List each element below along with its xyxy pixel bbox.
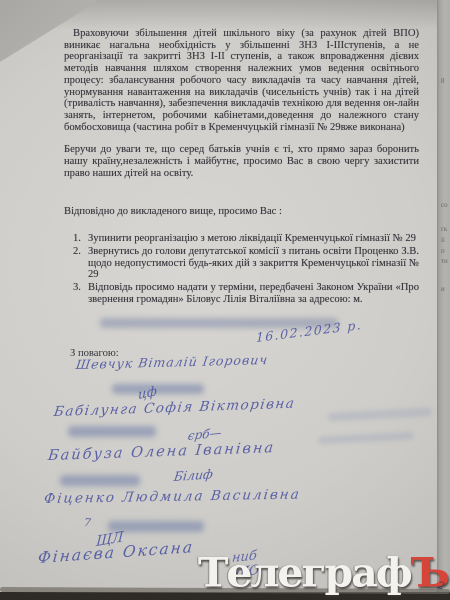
edge-text-fragment: гк bbox=[441, 226, 447, 233]
signature-flourish: Білиф bbox=[173, 466, 214, 484]
item-number: 3. bbox=[73, 282, 81, 294]
request-item-3: 3. Відповідь просимо надати у терміни, п… bbox=[88, 282, 419, 305]
item-number: 1. bbox=[73, 233, 81, 245]
item-text: Звернутись до голови депутатської комісі… bbox=[88, 246, 419, 280]
edge-text-fragment: іі bbox=[441, 237, 445, 244]
request-intro: Відповідно до викладеного вище, просимо … bbox=[64, 206, 419, 218]
redacted-blur bbox=[112, 384, 204, 394]
edge-text-fragment: ти bbox=[441, 258, 448, 265]
item-text: Зупинити реорганізацію з метою ліквідаці… bbox=[88, 233, 416, 244]
redacted-blur bbox=[68, 426, 156, 437]
edge-text-fragment: п bbox=[441, 248, 445, 255]
edge-text-fragment: со bbox=[441, 202, 448, 209]
item-number: 2. bbox=[73, 246, 81, 258]
item-text: Відповідь просимо надати у терміни, пере… bbox=[88, 282, 419, 305]
edge-text-fragment: и bbox=[441, 286, 445, 293]
adjacent-page-edge: 8 со гк іі п ти и bbox=[437, 0, 450, 595]
watermark-text: Телеграф bbox=[198, 550, 411, 597]
handwritten-mark: 7 bbox=[84, 516, 92, 529]
paragraph-taking-into-account: Беручи до уваги те, що серед батьків учн… bbox=[64, 144, 419, 179]
letter-body: Враховуючи збільшення дітей шкільного ві… bbox=[0, 0, 437, 306]
paragraph-considering: Враховуючи збільшення дітей шкільного ві… bbox=[64, 28, 419, 133]
photographed-letter: 8 со гк іі п ти и Враховуючи збільшення … bbox=[0, 0, 450, 600]
request-item-1: 1. Зупинити реорганізацію з метою ліквід… bbox=[88, 233, 419, 245]
redacted-blur bbox=[60, 475, 140, 486]
edge-text-fragment: 8 bbox=[441, 78, 445, 85]
request-list: 1. Зупинити реорганізацію з метою ліквід… bbox=[64, 233, 419, 305]
telegraf-watermark: ТелеграфЪ bbox=[198, 554, 448, 594]
request-item-2: 2. Звернутись до голови депутатської ком… bbox=[88, 246, 419, 281]
